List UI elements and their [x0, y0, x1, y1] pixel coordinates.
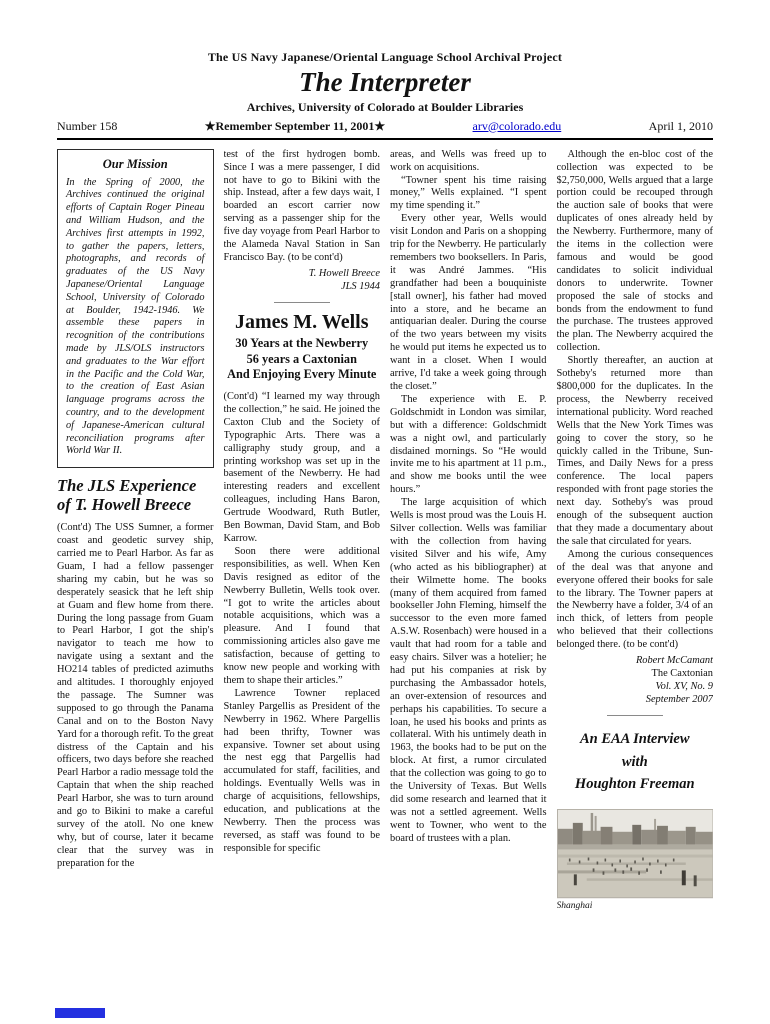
remember-note: ★Remember September 11, 2001★ — [205, 119, 385, 134]
column-4: Although the en-bloc cost of the collect… — [557, 149, 714, 1001]
jls-signature-name: T. Howell Breece — [224, 267, 381, 280]
mission-body: In the Spring of 2000, the Archives cont… — [66, 177, 205, 459]
wells-signature-author: Robert McCamant — [557, 654, 714, 667]
wells-paragraph: Lawrence Towner replaced Stanley Pargell… — [224, 688, 381, 856]
jls-article-title: The JLS Experience of T. Howell Breece — [57, 477, 214, 514]
masthead: The US Navy Japanese/Oriental Language S… — [0, 0, 770, 115]
wells-paragraph: “Towner spent his time raising money,” W… — [390, 175, 547, 214]
wells-paragraph: Although the en-bloc cost of the collect… — [557, 149, 714, 356]
eaa-title-line-3: Houghton Freeman — [557, 773, 714, 795]
section-divider — [274, 302, 330, 303]
mission-title: Our Mission — [66, 157, 205, 172]
article-columns: Our Mission In the Spring of 2000, the A… — [57, 149, 713, 1001]
shanghai-photo-image — [557, 809, 714, 898]
issue-meta-row: Number 158 ★Remember September 11, 2001★… — [57, 119, 713, 140]
wells-paragraph: Soon there were additional responsibilit… — [224, 546, 381, 688]
wells-paragraph: Among the curious consequences of the de… — [557, 549, 714, 652]
jls-paragraph: (Cont'd) The USS Sumner, a former coast … — [57, 522, 214, 870]
wells-subtitle-line-1: 30 Years at the Newberry — [224, 336, 381, 352]
wells-article-title: James M. Wells — [224, 312, 381, 333]
column-1: Our Mission In the Spring of 2000, the A… — [57, 149, 214, 1001]
issue-number: Number 158 — [57, 119, 117, 134]
masthead-subtitle: Archives, University of Colorado at Boul… — [0, 100, 770, 115]
wells-paragraph: The experience with E. P. Goldschmidt in… — [390, 394, 547, 497]
project-line: The US Navy Japanese/Oriental Language S… — [0, 50, 770, 65]
wells-signature-date: September 2007 — [557, 693, 714, 706]
wells-subtitle-line-3: And Enjoying Every Minute — [224, 367, 381, 383]
eaa-title-line-1: An EAA Interview — [557, 728, 714, 750]
wells-article-subtitle: 30 Years at the Newberry 56 years a Caxt… — [224, 336, 381, 383]
wells-paragraph: Every other year, Wells would visit Lond… — [390, 213, 547, 394]
wells-paragraph: areas, and Wells was freed up to work on… — [390, 149, 547, 175]
shanghai-photo: Shanghai — [557, 809, 714, 910]
wells-signature-publication: The Caxtonian — [557, 667, 714, 680]
jls-signature: T. Howell Breece JLS 1944 — [224, 267, 381, 293]
wells-signature: Robert McCamant The Caxtonian Vol. XV, N… — [557, 654, 714, 706]
jls-signature-class: JLS 1944 — [224, 280, 381, 293]
newsletter-title: The Interpreter — [0, 68, 770, 98]
eaa-title-line-2: with — [557, 751, 714, 773]
jls-paragraph-continued: test of the first hydrogen bomb. Since I… — [224, 149, 381, 265]
wells-signature-volume: Vol. XV, No. 9 — [557, 680, 714, 693]
wells-paragraph: (Cont'd) “I learned my way through the c… — [224, 391, 381, 546]
eaa-article-title: An EAA Interview with Houghton Freeman — [557, 728, 714, 795]
column-2: test of the first hydrogen bomb. Since I… — [224, 149, 381, 1001]
wells-subtitle-line-2: 56 years a Caxtonian — [224, 352, 381, 368]
section-divider — [607, 715, 663, 716]
wells-paragraph: The large acquisition of which Wells is … — [390, 497, 547, 845]
wells-paragraph: Shortly thereafter, an auction at Sotheb… — [557, 355, 714, 549]
newsletter-page: The US Navy Japanese/Oriental Language S… — [0, 0, 770, 1024]
column-3: areas, and Wells was freed up to work on… — [390, 149, 547, 1001]
bottom-left-blue-mark — [55, 1008, 105, 1018]
contact-email-link[interactable]: arv@colorado.edu — [473, 119, 562, 134]
mission-box: Our Mission In the Spring of 2000, the A… — [57, 149, 214, 469]
photo-caption: Shanghai — [557, 901, 714, 911]
issue-date: April 1, 2010 — [649, 119, 713, 134]
